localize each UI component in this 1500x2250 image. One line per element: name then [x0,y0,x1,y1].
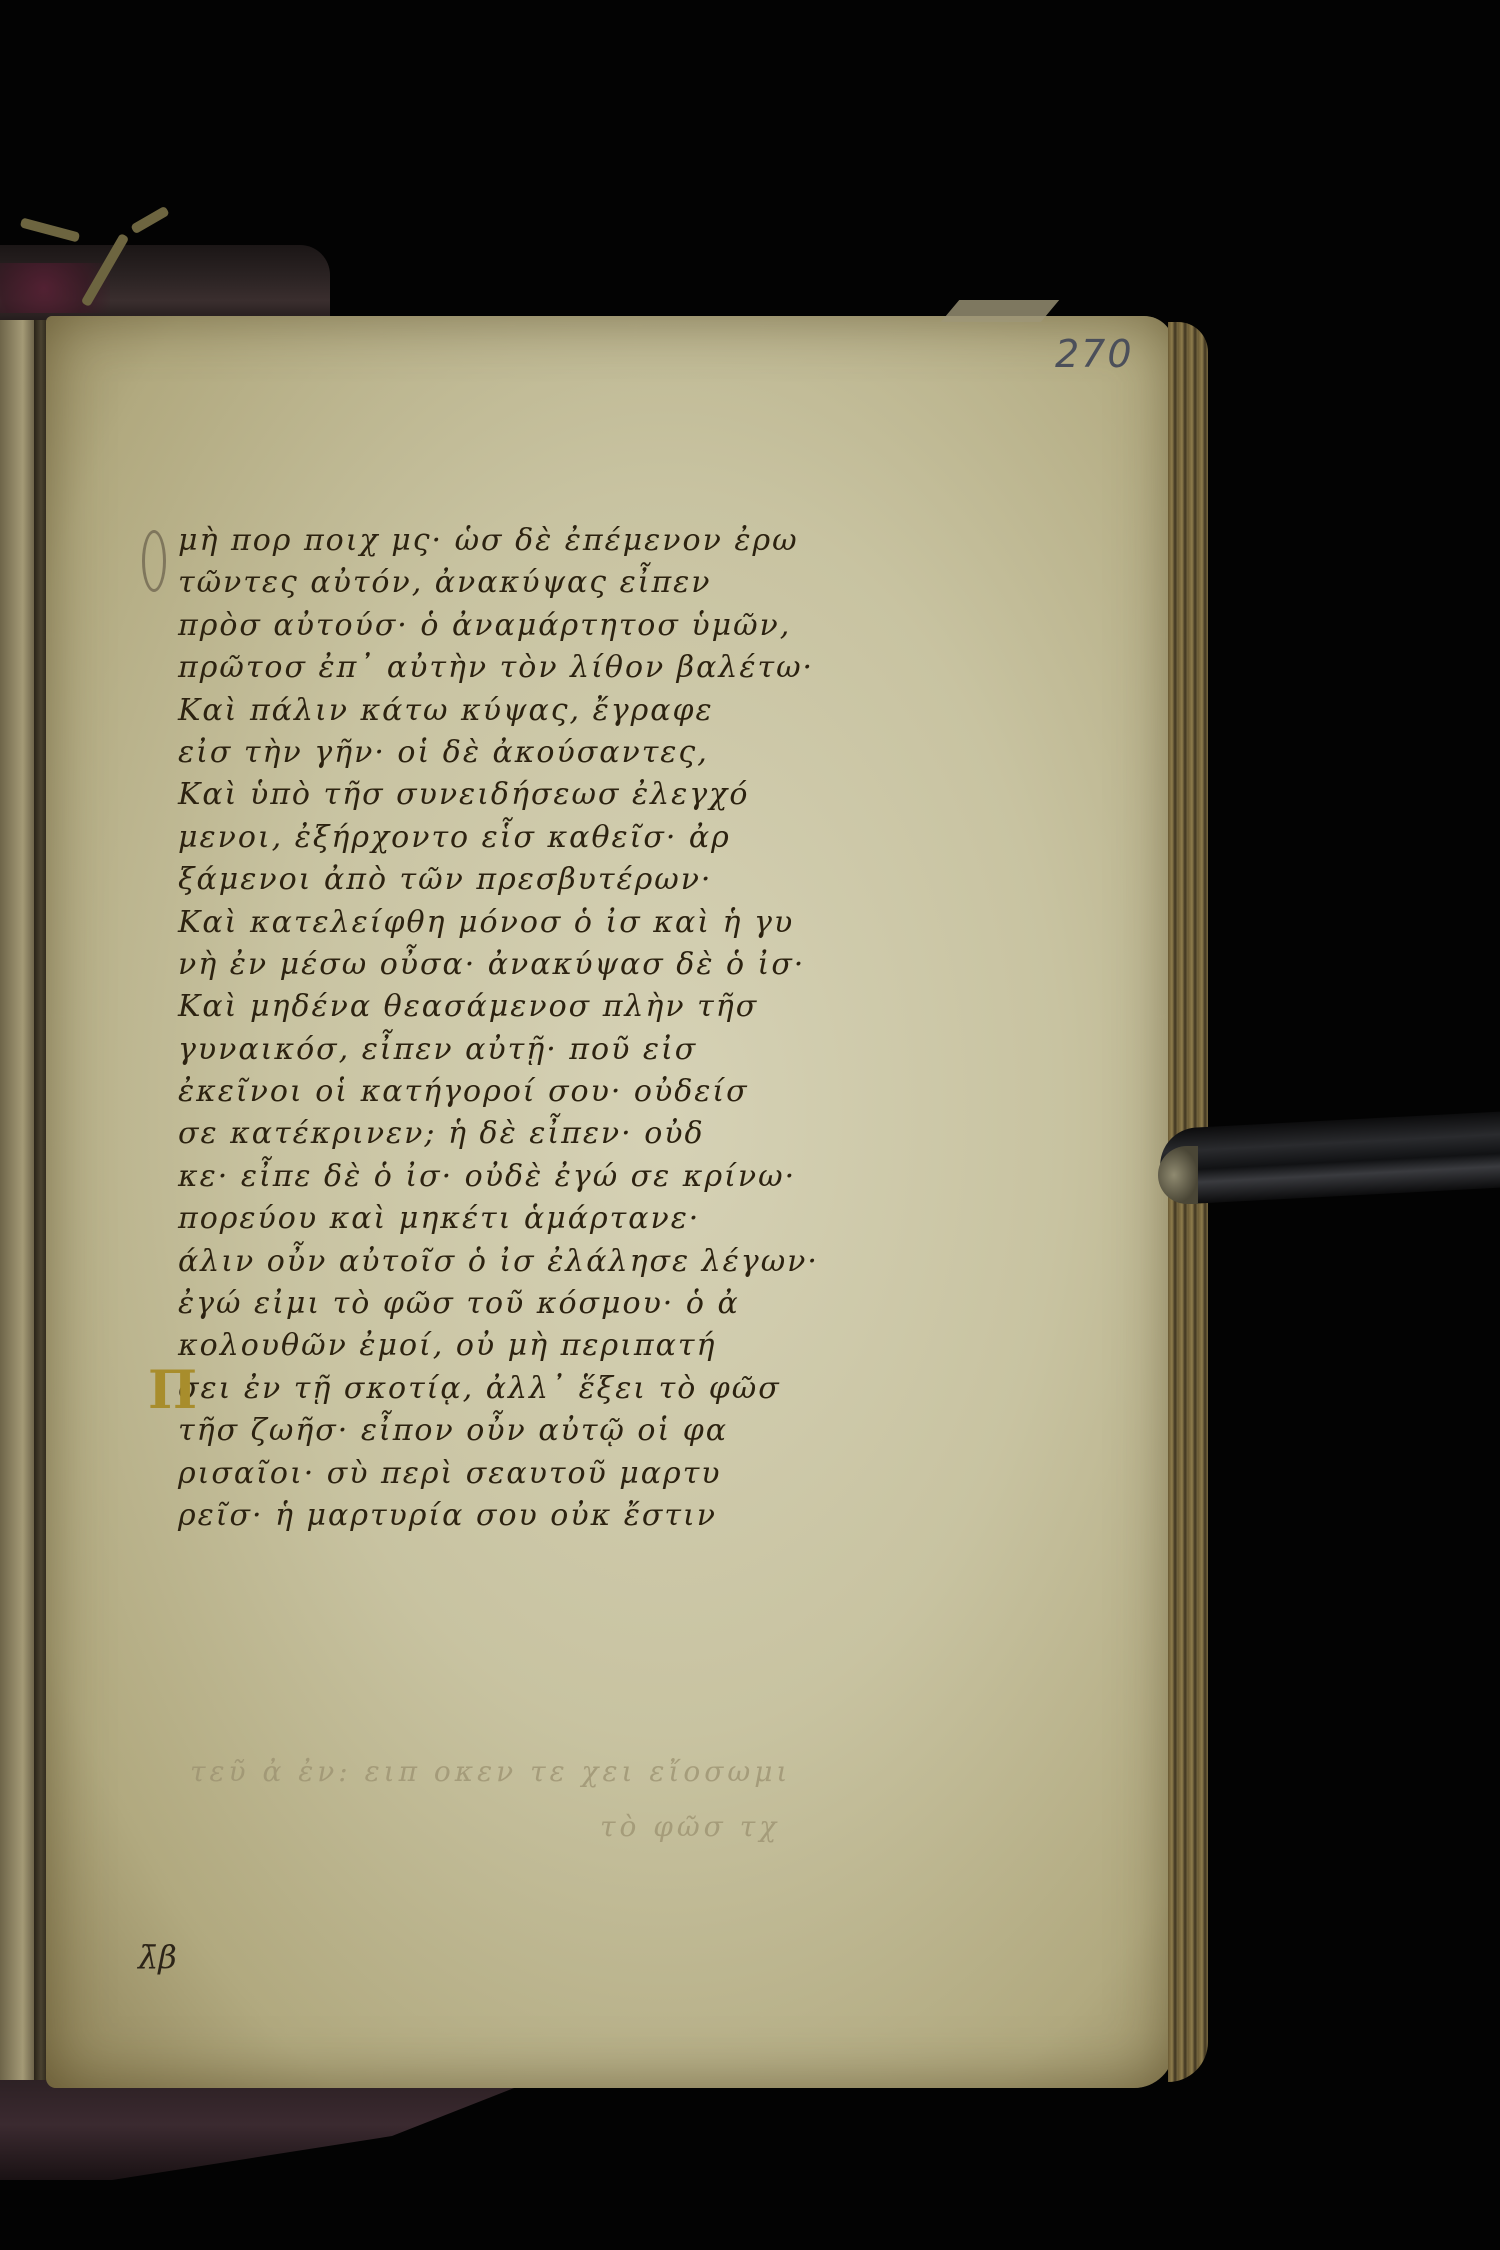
text-line: ρεῖσ· ἡ μαρτυρία σου οὐκ ἔστιν [178,1495,1018,1537]
text-line: τῶντες αὐτόν, ἀνακύψας εἶπεν [178,562,1018,604]
text-line: ἐκεῖνοι οἱ κατήγοροί σου· οὐδείσ [178,1071,1018,1113]
text-line: Καὶ μηδένα θεασάμενοσ πλὴν τῆσ [178,986,1018,1028]
text-line: νὴ ἐν μέσω οὖσα· ἀνακύψασ δὲ ὁ ἰσ· [178,944,1018,986]
text-line: ξάμενοι ἀπὸ τῶν πρεσβυτέρων· [178,859,1018,901]
text-line: πρῶτοσ ἐπ᾽ αὐτὴν τὸν λίθον βαλέτω· [178,647,1018,689]
quire-signature: λ̄β [138,1938,177,1976]
text-line: κε· εἶπε δὲ ὁ ἰσ· οὐδὲ ἐγώ σε κρίνω· [178,1156,1018,1198]
binding-thread [130,206,170,235]
text-line: ρισαῖοι· σὺ περὶ σεαυτοῦ μαρτυ [178,1453,1018,1495]
text-line: άλιν οὖν αὐτοῖσ ὁ ἰσ ἐλάλησε λέγων· [178,1241,1018,1283]
text-line: σει ἐν τῇ σκοτίᾳ, ἀλλ᾽ ἕξει τὸ φῶσ [178,1368,1018,1410]
binding-thread [20,217,81,242]
text-line: τῆσ ζωῆσ· εἶπον οὖν αὐτῷ οἱ φα [178,1410,1018,1452]
text-line: Καὶ ὑπὸ τῆσ συνειδήσεωσ ἐλεγχό [178,774,1018,816]
bookmark-strip [1158,1111,1500,1206]
text-block: μὴ πορ ποιχ μς· ὡσ δὲ ἐπέμενον ἐρω τῶντε… [178,520,1018,1537]
text-line: μενοι, ἐξήρχοντο εἷσ καθεῖσ· ἀρ [178,817,1018,859]
text-line: γυναικόσ, εἶπεν αὐτῇ· ποῦ εἰσ [178,1029,1018,1071]
text-line: Καὶ πάλιν κάτω κύψας, ἔγραφε [178,690,1018,732]
text-line: πρὸσ αὐτούσ· ὁ ἀναμάρτητοσ ὑμῶν, [178,605,1018,647]
text-line: πορεύου καὶ μηκέτι ἁμάρτανε· [178,1198,1018,1240]
folio-number: 270 [1055,332,1134,376]
text-line: μὴ πορ ποιχ μς· ὡσ δὲ ἐπέμενον ἐρω [178,520,1018,562]
text-line: εἰσ τὴν γῆν· οἱ δὲ ἀκούσαντες, [178,732,1018,774]
margin-bracket [142,530,166,592]
text-line: κολουθῶν ἐμοί, οὐ μὴ περιπατή [178,1325,1018,1367]
text-line: ἐγώ εἰμι τὸ φῶσ τοῦ κόσμου· ὁ ἀ [178,1283,1018,1325]
text-line: Καὶ κατελείφθη μόνοσ ὁ ἰσ καὶ ἡ γυ [178,902,1018,944]
gold-initial: Π [148,1360,197,1421]
binding-top [0,245,330,325]
left-page-edge [0,320,38,2080]
corner-fold [941,300,1059,322]
text-line: σε κατέκρινεν; ἡ δὲ εἶπεν· οὐδ [178,1113,1018,1155]
showthrough-text: τεῦ ἀ ἐν: ειπ οκεν τε χει εἴοσωμι [190,1755,1010,1788]
showthrough-text: τὸ φῶσ τχ [600,1810,1420,1843]
